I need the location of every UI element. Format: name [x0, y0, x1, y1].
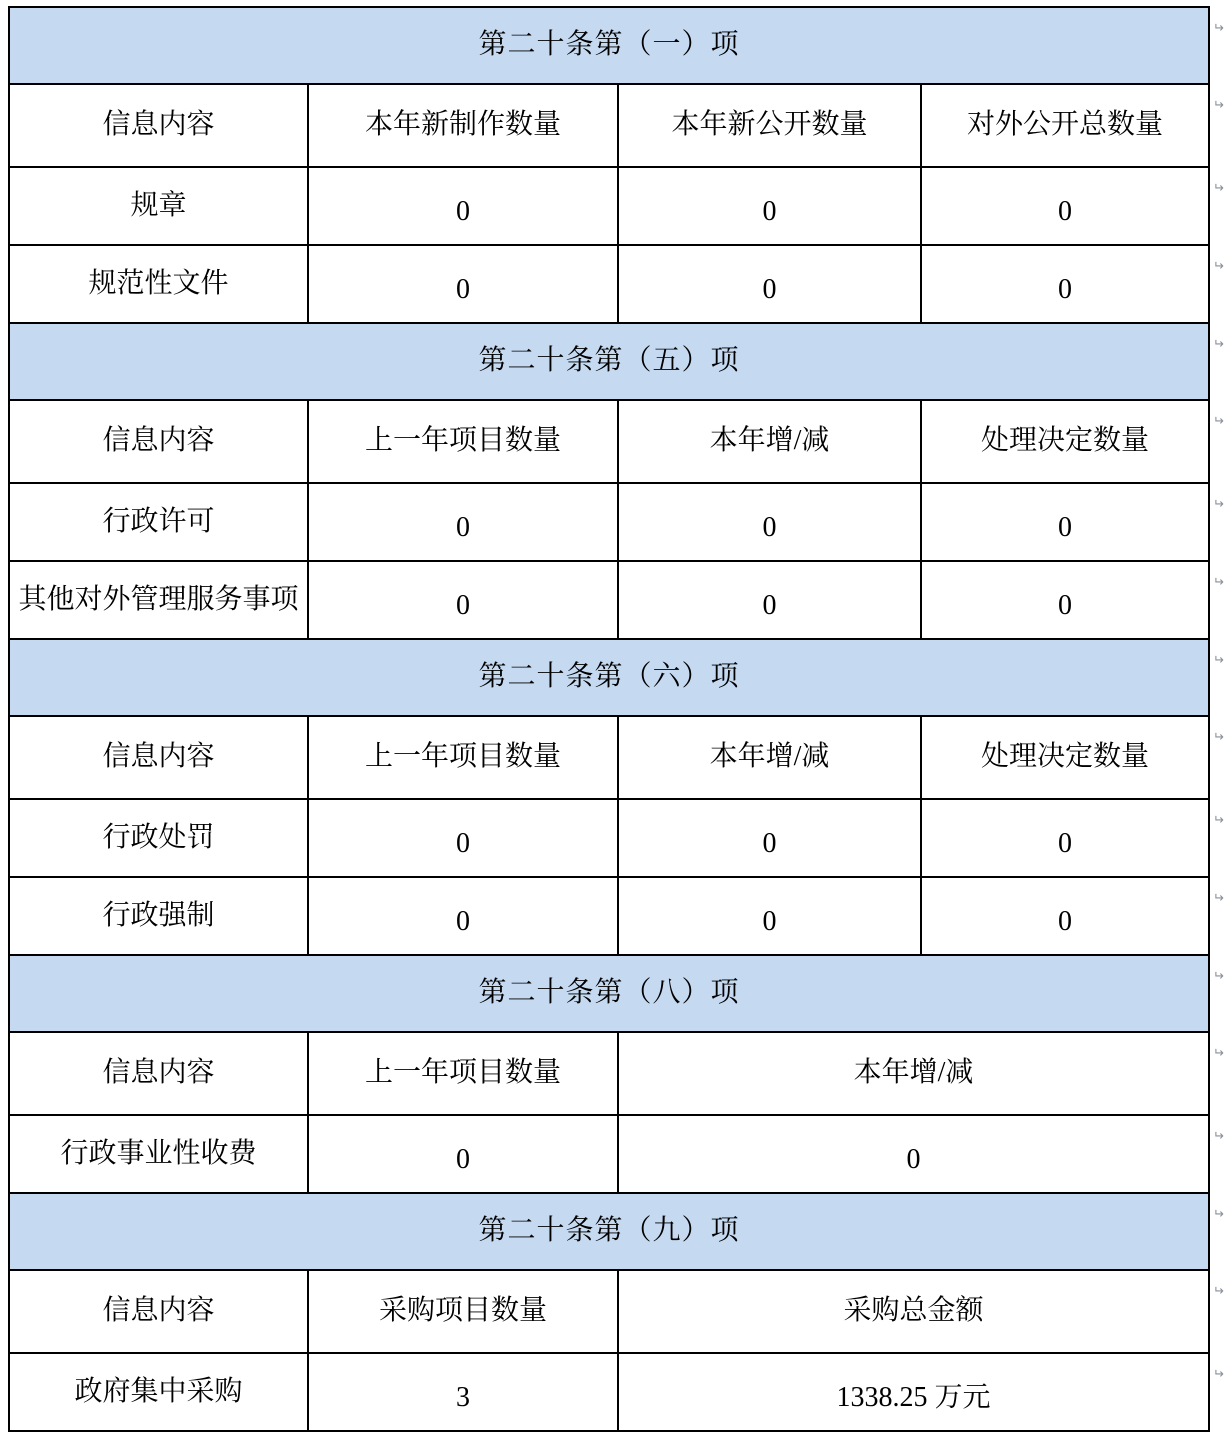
row-label-cell: 其他对外管理服务事项: [9, 561, 308, 639]
table-row: 信息内容 本年新制作数量 本年新公开数量 对外公开总数量: [9, 84, 1209, 167]
table-row: 第二十条第（一）项: [9, 7, 1209, 84]
column-header-cell: 采购项目数量: [308, 1270, 618, 1353]
table-row: 第二十条第（九）项: [9, 1193, 1209, 1270]
column-header-cell: 信息内容: [9, 1270, 308, 1353]
table-row: 行政处罚 0 0 0: [9, 799, 1209, 877]
column-header-cell: 处理决定数量: [921, 716, 1209, 799]
paragraph-mark-icon: ↵: [1213, 22, 1224, 35]
table-row: 政府集中采购 3 1338.25 万元: [9, 1353, 1209, 1431]
document-page: 第二十条第（一）项 信息内容 本年新制作数量 本年新公开数量 对外公开总数量 规…: [0, 0, 1225, 1433]
row-label-cell: 行政事业性收费: [9, 1115, 308, 1193]
table-row: 第二十条第（六）项: [9, 639, 1209, 716]
column-header-cell: 信息内容: [9, 400, 308, 483]
paragraph-mark-icon: ↵: [1213, 498, 1224, 511]
value-cell: 0: [921, 799, 1209, 877]
value-cell: 3: [308, 1353, 618, 1431]
table-row: 信息内容 上一年项目数量 本年增/减 处理决定数量: [9, 716, 1209, 799]
column-header-cell: 对外公开总数量: [921, 84, 1209, 167]
table-row: 行政事业性收费 0 0: [9, 1115, 1209, 1193]
row-label-cell: 行政许可: [9, 483, 308, 561]
column-header-cell: 采购总金额: [618, 1270, 1209, 1353]
paragraph-mark-icon: ↵: [1213, 576, 1224, 589]
column-header-cell: 本年增/减: [618, 716, 921, 799]
disclosure-report-table: 第二十条第（一）项 信息内容 本年新制作数量 本年新公开数量 对外公开总数量 规…: [8, 6, 1210, 1432]
table-row: 规范性文件 0 0 0: [9, 245, 1209, 323]
value-cell: 0: [921, 877, 1209, 955]
paragraph-mark-icon: ↵: [1213, 260, 1224, 273]
paragraph-mark-icon: ↵: [1213, 338, 1224, 351]
paragraph-mark-icon: ↵: [1213, 1208, 1224, 1221]
value-cell: 0: [308, 799, 618, 877]
value-cell: 0: [618, 1115, 1209, 1193]
section-title-cell: 第二十条第（八）项: [9, 955, 1209, 1032]
paragraph-mark-icon: ↵: [1213, 970, 1224, 983]
row-label-cell: 行政处罚: [9, 799, 308, 877]
column-header-cell: 本年新公开数量: [618, 84, 921, 167]
value-cell: 0: [618, 483, 921, 561]
value-cell: 0: [618, 245, 921, 323]
table-row: 信息内容 上一年项目数量 本年增/减 处理决定数量: [9, 400, 1209, 483]
column-header-cell: 本年增/减: [618, 400, 921, 483]
paragraph-mark-icon: ↵: [1213, 1368, 1224, 1381]
paragraph-mark-icon: ↵: [1213, 814, 1224, 827]
column-header-cell: 上一年项目数量: [308, 400, 618, 483]
value-cell: 0: [921, 483, 1209, 561]
value-cell: 0: [308, 167, 618, 245]
value-cell: 0: [618, 877, 921, 955]
value-cell: 0: [618, 167, 921, 245]
paragraph-mark-icon: ↵: [1213, 182, 1224, 195]
column-header-cell: 本年新制作数量: [308, 84, 618, 167]
paragraph-mark-icon: ↵: [1213, 99, 1224, 112]
value-cell: 0: [308, 877, 618, 955]
paragraph-mark-icon: ↵: [1213, 731, 1224, 744]
column-header-cell: 本年增/减: [618, 1032, 1209, 1115]
row-label-cell: 政府集中采购: [9, 1353, 308, 1431]
section-title-cell: 第二十条第（五）项: [9, 323, 1209, 400]
table-row: 信息内容 上一年项目数量 本年增/减: [9, 1032, 1209, 1115]
row-label-cell: 规章: [9, 167, 308, 245]
value-cell: 0: [921, 561, 1209, 639]
table-row: 行政强制 0 0 0: [9, 877, 1209, 955]
value-cell: 0: [921, 167, 1209, 245]
paragraph-mark-icon: ↵: [1213, 1285, 1224, 1298]
column-header-cell: 信息内容: [9, 716, 308, 799]
value-cell: 0: [618, 561, 921, 639]
value-cell: 0: [308, 483, 618, 561]
table-row: 规章 0 0 0: [9, 167, 1209, 245]
table-row: 第二十条第（五）项: [9, 323, 1209, 400]
row-label-cell: 规范性文件: [9, 245, 308, 323]
value-cell: 0: [308, 561, 618, 639]
table-row: 第二十条第（八）项: [9, 955, 1209, 1032]
row-label-cell: 行政强制: [9, 877, 308, 955]
value-cell: 0: [308, 1115, 618, 1193]
column-header-cell: 信息内容: [9, 1032, 308, 1115]
column-header-cell: 上一年项目数量: [308, 1032, 618, 1115]
paragraph-mark-icon: ↵: [1213, 1047, 1224, 1060]
table-row: 行政许可 0 0 0: [9, 483, 1209, 561]
value-cell: 0: [921, 245, 1209, 323]
paragraph-mark-icon: ↵: [1213, 1130, 1224, 1143]
section-title-cell: 第二十条第（六）项: [9, 639, 1209, 716]
section-title-cell: 第二十条第（九）项: [9, 1193, 1209, 1270]
table-row: 其他对外管理服务事项 0 0 0: [9, 561, 1209, 639]
column-header-cell: 信息内容: [9, 84, 308, 167]
table-row: 信息内容 采购项目数量 采购总金额: [9, 1270, 1209, 1353]
value-cell: 0: [308, 245, 618, 323]
value-cell: 1338.25 万元: [618, 1353, 1209, 1431]
section-title-cell: 第二十条第（一）项: [9, 7, 1209, 84]
column-header-cell: 处理决定数量: [921, 400, 1209, 483]
column-header-cell: 上一年项目数量: [308, 716, 618, 799]
value-cell: 0: [618, 799, 921, 877]
paragraph-mark-icon: ↵: [1213, 415, 1224, 428]
paragraph-mark-icon: ↵: [1213, 654, 1224, 667]
paragraph-mark-icon: ↵: [1213, 892, 1224, 905]
